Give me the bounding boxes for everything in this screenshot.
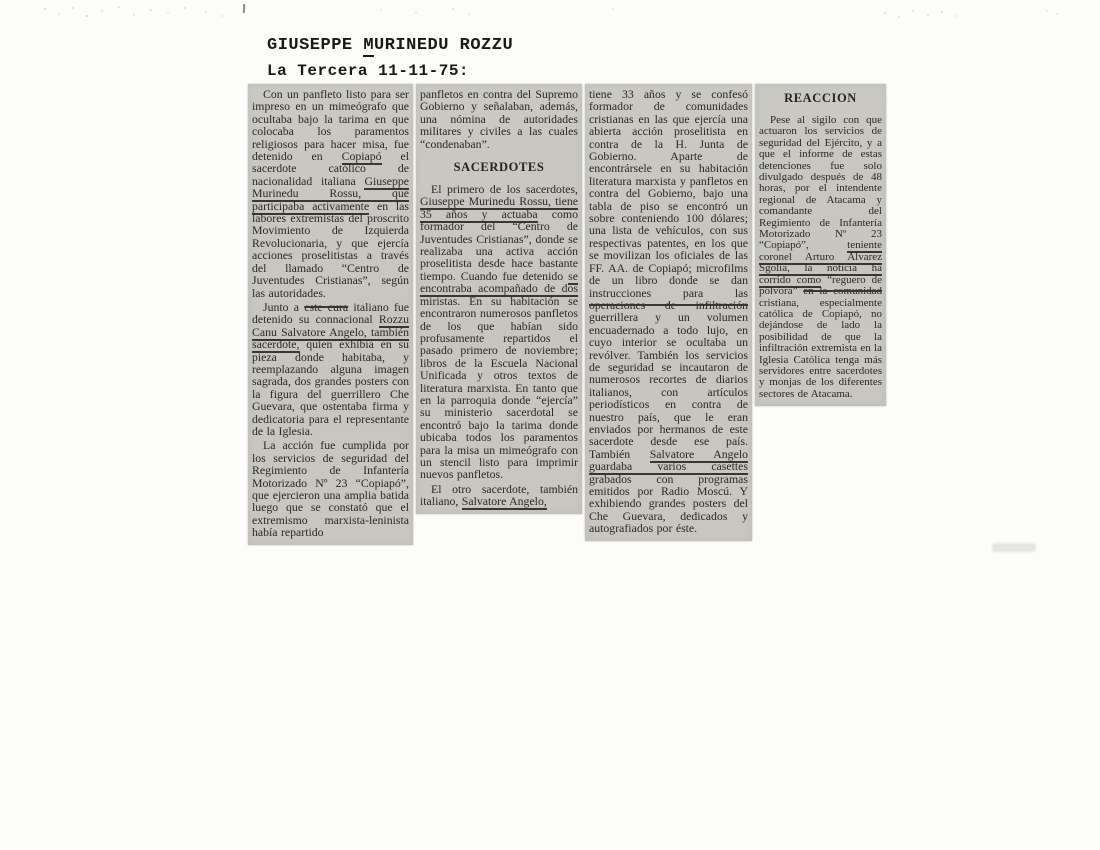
title-text: URINEDU ROZZU bbox=[374, 36, 513, 55]
text-segment: miristas. En su habitación se encontraro… bbox=[420, 294, 578, 482]
title-underlined-letter: M bbox=[363, 36, 374, 57]
pen-strike-mark: en la comunidad bbox=[803, 285, 882, 297]
article-paragraph: panfletos en contra del Supremo Gobierno… bbox=[420, 88, 578, 150]
article-column-1: Con un panfleto listo para ser impreso e… bbox=[248, 84, 413, 545]
text-segment: tiene 33 años y se confesó formador de c… bbox=[589, 87, 748, 300]
text-segment: en las labores extremistas del proscrito… bbox=[252, 199, 409, 300]
scan-artifact bbox=[992, 543, 1036, 552]
pen-underline-mark: Salvatore Angelo, bbox=[462, 494, 547, 510]
title-text: GIUSEPPE bbox=[267, 36, 363, 55]
scan-noise-speckles bbox=[0, 0, 2, 2]
newspaper-clipping: Con un panfleto listo para ser impreso e… bbox=[248, 84, 886, 545]
article-paragraph: El otro sacerdote, también italiano, Sal… bbox=[420, 483, 578, 508]
article-paragraph: Junto a este cura italiano fue detenido … bbox=[252, 301, 409, 437]
section-heading: REACCION bbox=[759, 91, 882, 106]
article-column-3: tiene 33 años y se confesó formador de c… bbox=[585, 84, 752, 541]
scan-artifact bbox=[243, 4, 245, 13]
article-paragraph: La acción fue cumplida por los servicios… bbox=[252, 439, 409, 538]
scanned-newspaper-page: { "header": { "title_part1": "GIUSEPPE "… bbox=[0, 0, 1100, 850]
text-segment: cristiana, especialmente católica de Cop… bbox=[759, 297, 882, 400]
article-column-2: panfletos en contra del Supremo Gobierno… bbox=[416, 84, 582, 514]
text-segment: quien exhibía en su pieza donde habitaba… bbox=[252, 337, 409, 438]
text-segment: guerrillera y un volumen encuadernado a … bbox=[589, 310, 748, 460]
text-segment: Pese al sigilo con que actuaron los serv… bbox=[759, 114, 882, 251]
clipping-columns: Con un panfleto listo para ser impreso e… bbox=[248, 84, 886, 545]
article-paragraph: tiene 33 años y se confesó formador de c… bbox=[589, 88, 748, 535]
clipping-header: GIUSEPPE MURINEDU ROZZU La Tercera 11-11… bbox=[267, 36, 513, 80]
article-paragraph: El primero de los sacerdotes, Giuseppe M… bbox=[420, 183, 578, 481]
article-column-4: REACCIONPese al sigilo con que actuaron … bbox=[755, 84, 886, 406]
article-paragraph: Con un panfleto listo para ser impreso e… bbox=[252, 88, 409, 299]
page-subtitle: La Tercera 11-11-75: bbox=[267, 62, 513, 80]
page-title: GIUSEPPE MURINEDU ROZZU bbox=[267, 36, 513, 55]
text-segment: La acción fue cumplida por los servicios… bbox=[252, 438, 409, 539]
article-paragraph: Pese al sigilo con que actuaron los serv… bbox=[759, 115, 882, 400]
text-segment: grabados con programas emitidos por Radi… bbox=[589, 472, 748, 536]
scan-page: GIUSEPPE MURINEDU ROZZU La Tercera 11-11… bbox=[0, 0, 1100, 850]
text-segment: panfletos en contra del Supremo Gobierno… bbox=[420, 87, 578, 151]
section-heading: SACERDOTES bbox=[420, 160, 578, 175]
